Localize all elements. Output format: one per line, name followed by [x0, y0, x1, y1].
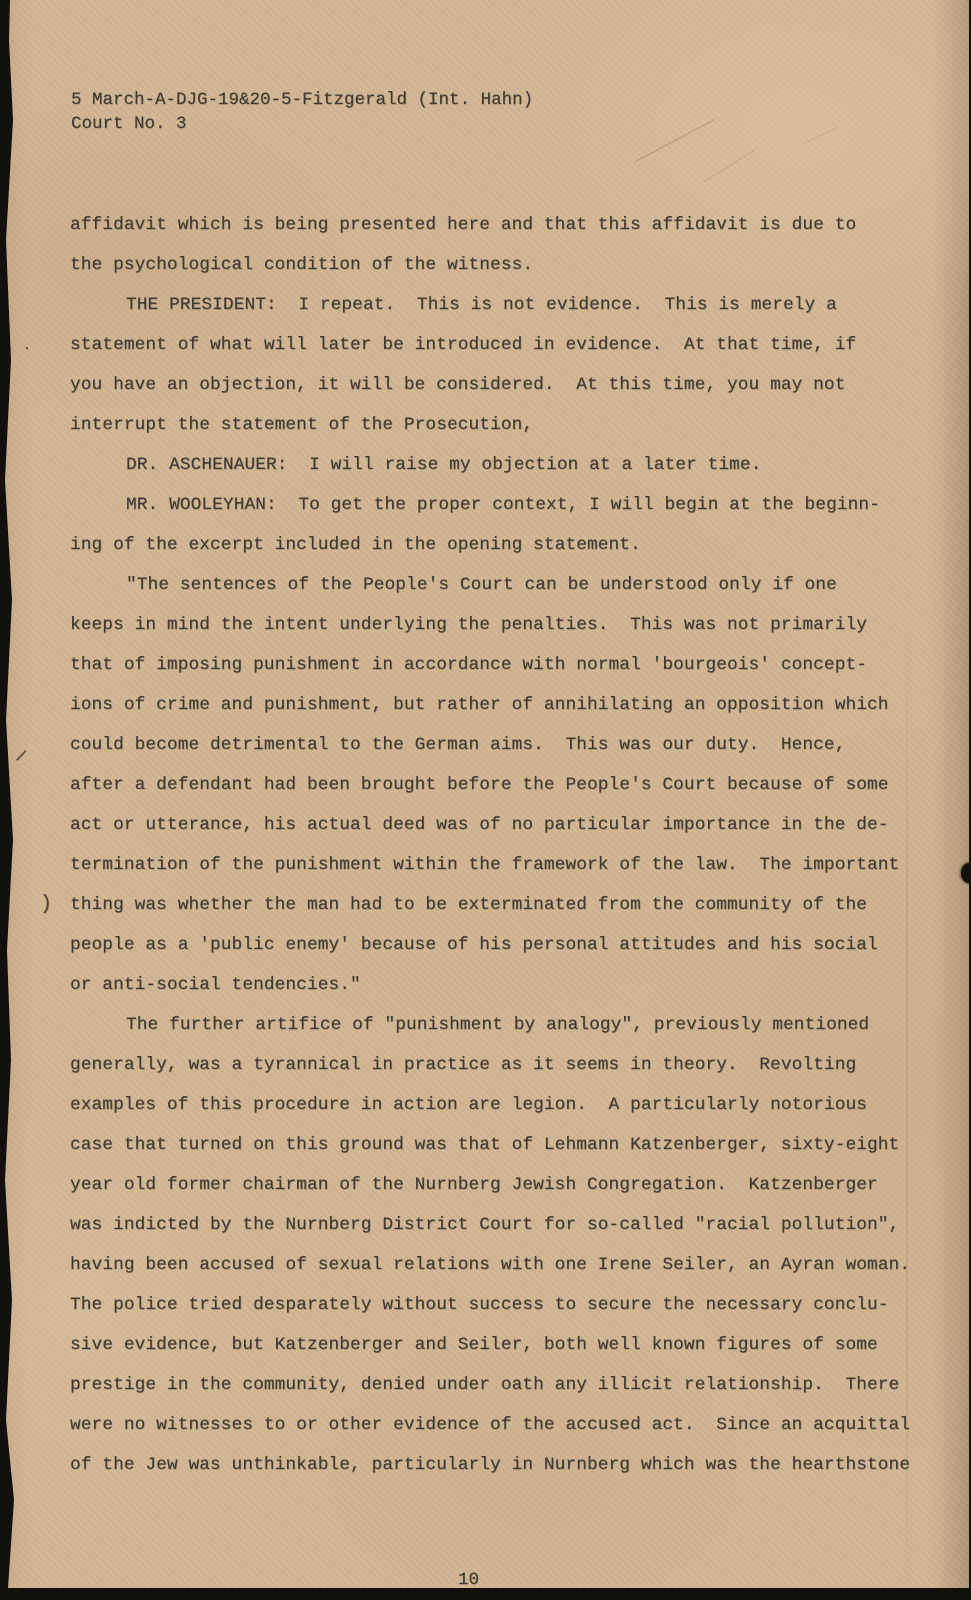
document-line: was indicted by the Nurnberg District Co… [70, 1205, 920, 1245]
document-line: statement of what will later be introduc… [70, 325, 920, 365]
paper-scratch-mark [802, 127, 839, 145]
document-line: affidavit which is being presented here … [70, 205, 920, 245]
document-line: "The sentences of the People's Court can… [70, 565, 920, 605]
document-line: prestige in the community, denied under … [70, 1365, 920, 1405]
document-line: MR. WOOLEYHAN: To get the proper context… [70, 485, 920, 525]
document-line: sive evidence, but Katzenberger and Seil… [70, 1325, 920, 1365]
paper-scratch-mark [704, 149, 755, 182]
document-line: that of imposing punishment in accordanc… [70, 645, 920, 685]
document-line: termination of the punishment within the… [70, 845, 920, 885]
scanned-document-screenshot: { "page": { "background_color": "#12100c… [0, 0, 971, 1600]
header-line-1: 5 March-A-DJG-19&20-5-Fitzgerald (Int. H… [71, 90, 533, 110]
document-line: could become detrimental to the German a… [70, 725, 920, 765]
document-line: ions of crime and punishment, but rather… [70, 685, 920, 725]
document-page: 5 March-A-DJG-19&20-5-Fitzgerald (Int. H… [0, 0, 971, 1600]
document-line: year old former chairman of the Nurnberg… [70, 1165, 920, 1205]
document-line: ing of the excerpt included in the openi… [70, 525, 920, 565]
document-line: or anti-social tendencies." [70, 965, 920, 1005]
document-line: were no witnesses to or other evidence o… [70, 1405, 920, 1445]
document-line: people as a 'public enemy' because of hi… [70, 925, 920, 965]
document-line: generally, was a tyrannical in practice … [70, 1045, 920, 1085]
document-line: DR. ASCHENAUER: I will raise my objectio… [70, 445, 920, 485]
document-line: you have an objection, it will be consid… [70, 365, 920, 405]
document-line: act or utterance, his actual deed was of… [70, 805, 920, 845]
document-line: the psychological condition of the witne… [70, 245, 920, 285]
document-line: The police tried desparately without suc… [70, 1285, 920, 1325]
document-line: case that turned on this ground was that… [70, 1125, 920, 1165]
page-number: 10 [458, 1568, 479, 1592]
header-line-2: Court No. 3 [71, 114, 187, 134]
margin-pen-mark: . [23, 338, 31, 353]
document-line: THE PRESIDENT: I repeat. This is not evi… [70, 285, 920, 325]
document-line: examples of this procedure in action are… [70, 1085, 920, 1125]
document-line: thing was whether the man had to be exte… [70, 885, 920, 925]
document-line: keeps in mind the intent underlying the … [70, 605, 920, 645]
document-line: of the Jew was unthinkable, particularly… [70, 1445, 920, 1485]
margin-pen-mark: ) [40, 893, 52, 916]
document-body: affidavit which is being presented here … [70, 205, 920, 1485]
document-line: after a defendant had been brought befor… [70, 765, 920, 805]
scan-edge-blemish [961, 863, 971, 883]
document-line: The further artifice of "punishment by a… [70, 1005, 920, 1045]
paper-scratch-mark [635, 119, 715, 162]
document-line: interrupt the statement of the Prosecuti… [70, 405, 920, 445]
margin-pen-mark: / [14, 747, 28, 767]
document-line: having been accused of sexual relations … [70, 1245, 920, 1285]
document-header: 5 March-A-DJG-19&20-5-Fitzgerald (Int. H… [71, 88, 533, 136]
